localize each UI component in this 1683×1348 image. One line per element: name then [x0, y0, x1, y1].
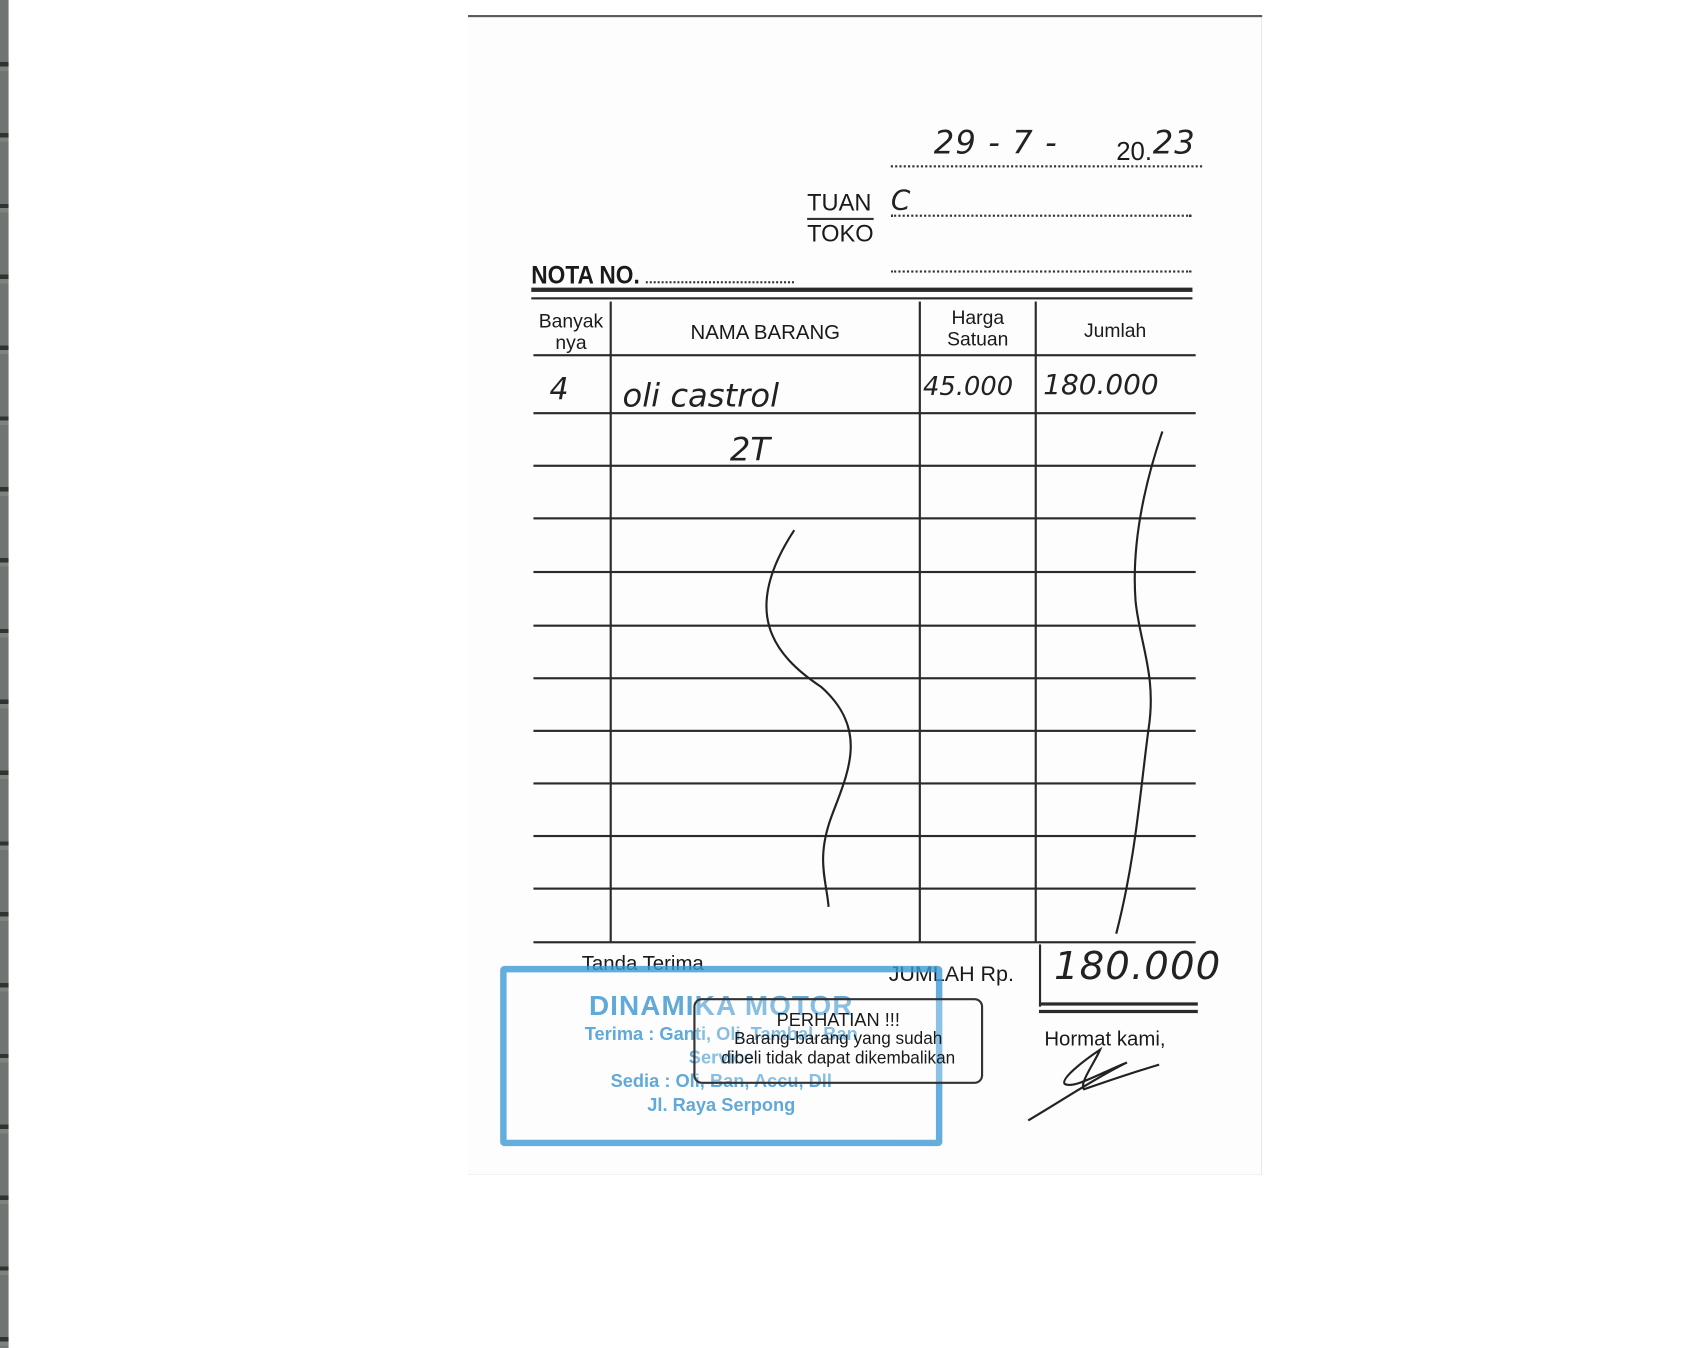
- notice-line1: Barang-barang yang sudah: [695, 1030, 980, 1049]
- total-rule-2: [1039, 1010, 1198, 1013]
- signature: [1020, 1041, 1170, 1127]
- total-value: 180.000: [1054, 944, 1221, 988]
- notice-title: PERHATIAN !!!: [695, 1011, 980, 1030]
- stamp-line4: Jl. Raya Serpong: [507, 1094, 936, 1118]
- notice-line2: dibeli tidak dapat dikembalikan: [695, 1050, 980, 1069]
- notice-box: PERHATIAN !!! Barang-barang yang sudah d…: [693, 998, 983, 1084]
- scan-canvas: 29 - 7 - 20. 23 TUAN TOKO C NOTA NO. Ban…: [0, 0, 1683, 1348]
- total-box-left: [1039, 944, 1041, 1006]
- total-rule-1: [1039, 1002, 1198, 1005]
